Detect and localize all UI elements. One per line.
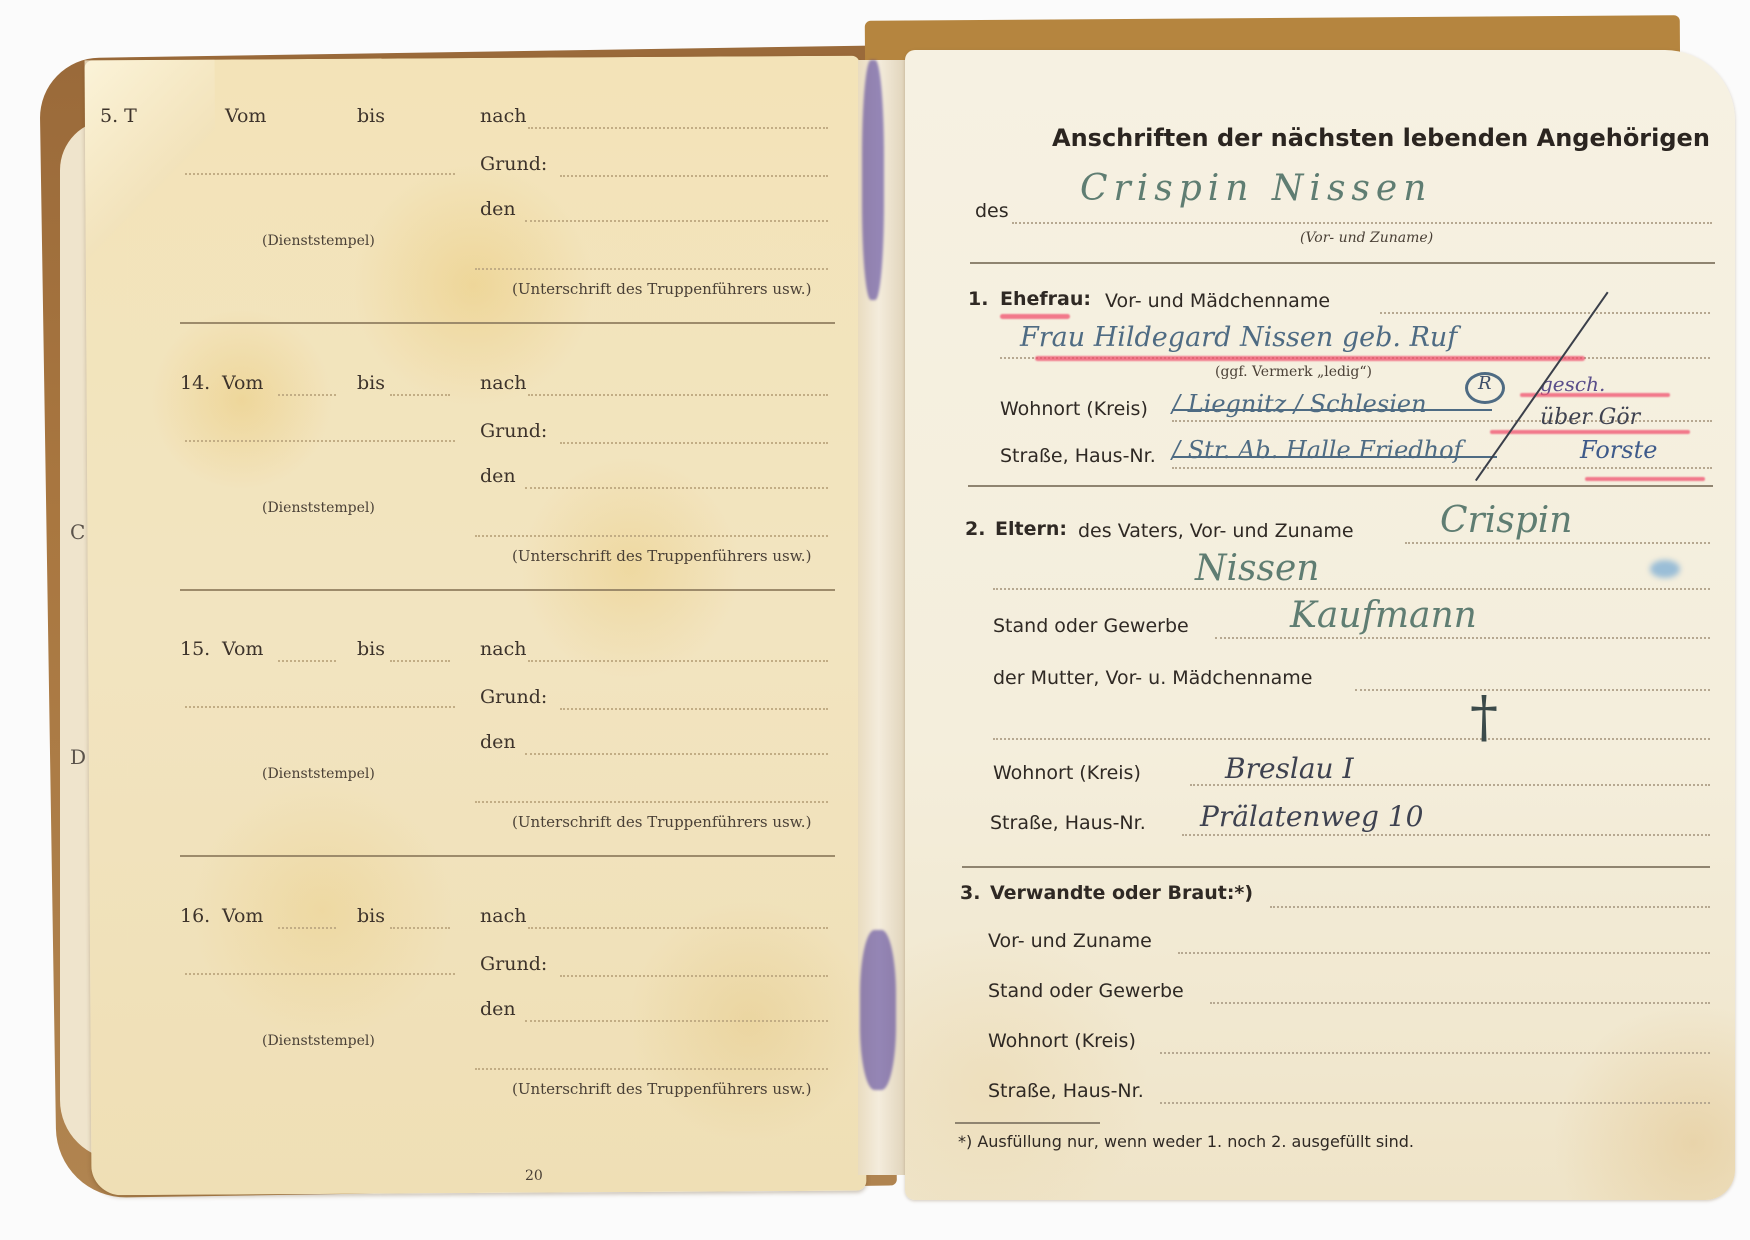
parents-strasse-value: Prälatenweg 10 xyxy=(1200,800,1423,833)
father-name-line xyxy=(1405,542,1710,544)
wife-wohnort-value: / Liegnitz / Schlesien xyxy=(1172,390,1427,418)
parents-wohnort-label: Wohnort (Kreis) xyxy=(993,762,1141,784)
footnote: *) Ausfüllung nur, wenn weder 1. noch 2.… xyxy=(958,1132,1414,1151)
relative-wohnort-label: Wohnort (Kreis) xyxy=(988,1030,1136,1052)
vom-label: Vom xyxy=(225,105,266,127)
red-strike-line xyxy=(1035,356,1585,361)
date-field-line xyxy=(525,487,828,489)
entry-number: 16. xyxy=(180,905,210,927)
service-stamp-caption: (Dienststempel) xyxy=(262,1033,375,1049)
grund-field-line xyxy=(560,442,828,444)
relative-name-label: Vor- und Zuname xyxy=(988,930,1152,952)
bis-field-line xyxy=(390,394,450,396)
grund-field-line xyxy=(560,708,828,710)
entry-number: 5. T xyxy=(100,105,137,127)
grund-label: Grund: xyxy=(480,953,547,975)
service-stamp-caption: (Dienststempel) xyxy=(262,233,375,249)
father-name-value-2: Nissen xyxy=(1195,548,1319,589)
vom-label: Vom xyxy=(222,905,263,927)
date-label: den xyxy=(480,465,516,487)
circled-mark: R xyxy=(1465,372,1505,404)
entry-divider xyxy=(180,855,835,857)
parents-strasse-line xyxy=(1182,834,1710,836)
vom-continuation-line xyxy=(185,173,455,175)
signature-caption: (Unterschrift des Truppenführers usw.) xyxy=(512,813,811,831)
nach-field-line xyxy=(528,394,828,396)
service-stamp-caption: (Dienststempel) xyxy=(262,500,375,516)
signature-caption: (Unterschrift des Truppenführers usw.) xyxy=(512,547,811,565)
entry-divider xyxy=(180,322,835,324)
nach-field-line xyxy=(528,127,828,129)
bis-label: bis xyxy=(357,905,385,927)
grund-field-line xyxy=(560,175,828,177)
wife-name-line xyxy=(1380,312,1710,314)
section2-number: 2. xyxy=(965,518,985,540)
red-strike-line xyxy=(1520,393,1670,397)
vom-field-line xyxy=(278,927,336,929)
des-value: Crispin Nissen xyxy=(1080,168,1432,209)
flyleaf-letter: D xyxy=(70,745,86,769)
father-stand-value: Kaufmann xyxy=(1290,595,1477,636)
entry-number: 14. xyxy=(180,372,210,394)
relative-strasse-label: Straße, Haus-Nr. xyxy=(988,1080,1144,1102)
red-strike-line xyxy=(1490,430,1690,434)
father-stand-label: Stand oder Gewerbe xyxy=(993,615,1189,637)
date-field-line xyxy=(525,753,828,755)
section1-number: 1. xyxy=(968,288,988,310)
grund-label: Grund: xyxy=(480,153,547,175)
mother-name-line xyxy=(1355,689,1710,691)
flyleaf-letter: C xyxy=(70,520,85,544)
page-fold xyxy=(85,60,216,261)
page-title: Anschriften der nächsten lebenden Angehö… xyxy=(1052,124,1710,152)
vom-field-line xyxy=(278,394,336,396)
wife-name-label: Vor- und Mädchenname xyxy=(1105,290,1330,312)
parents-wohnort-value: Breslau I xyxy=(1225,752,1354,785)
signature-line xyxy=(475,535,828,537)
wife-strasse-extra: Forste xyxy=(1580,436,1657,464)
section3-heading-line xyxy=(1270,906,1710,908)
strikethrough xyxy=(1172,409,1492,411)
relative-name-line xyxy=(1178,952,1710,954)
service-stamp-caption: (Dienststempel) xyxy=(262,766,375,782)
date-label: den xyxy=(480,998,516,1020)
relative-strasse-line xyxy=(1160,1102,1710,1104)
wife-wohnort-extra: über Gör xyxy=(1540,405,1640,430)
wife-name-value: Frau Hildegard Nissen geb. Ruf xyxy=(1020,322,1457,353)
signature-caption: (Unterschrift des Truppenführers usw.) xyxy=(512,280,811,298)
signature-line xyxy=(475,268,828,270)
left-page xyxy=(85,56,867,1196)
footnote-rule xyxy=(955,1122,1100,1124)
father-name-value-1: Crispin xyxy=(1440,500,1573,541)
section3-number: 3. xyxy=(960,882,980,904)
section-divider xyxy=(962,866,1710,868)
entry-number: 15. xyxy=(180,638,210,660)
ink-stamp-fragment xyxy=(860,930,896,1090)
wife-name-caption: (ggf. Vermerk „ledig“) xyxy=(1215,364,1372,380)
vom-label: Vom xyxy=(222,372,263,394)
des-caption: (Vor- und Zuname) xyxy=(1300,230,1433,246)
vom-field-line xyxy=(278,660,336,662)
vom-continuation-line xyxy=(185,706,455,708)
relative-stand-label: Stand oder Gewerbe xyxy=(988,980,1184,1002)
grund-label: Grund: xyxy=(480,420,547,442)
father-stand-line xyxy=(1215,637,1710,639)
grund-field-line xyxy=(560,975,828,977)
vom-continuation-line xyxy=(185,973,455,975)
nach-label: nach xyxy=(480,905,526,927)
wife-wohnort-label: Wohnort (Kreis) xyxy=(1000,398,1148,420)
des-label: des xyxy=(975,200,1009,222)
signature-caption: (Unterschrift des Truppenführers usw.) xyxy=(512,1080,811,1098)
mother-deceased-cross: † xyxy=(1470,685,1498,750)
vom-label: Vom xyxy=(222,638,263,660)
father-name-label: des Vaters, Vor- und Zuname xyxy=(1078,520,1354,542)
des-field-line xyxy=(1012,222,1712,224)
strikethrough xyxy=(1172,456,1497,458)
signature-line xyxy=(475,801,828,803)
nach-label: nach xyxy=(480,105,526,127)
red-underline xyxy=(1585,477,1705,481)
wife-strasse-value: / Str. Ab. Halle Friedhof xyxy=(1172,436,1462,464)
bis-label: bis xyxy=(357,372,385,394)
bis-field-line xyxy=(390,660,450,662)
date-label: den xyxy=(480,731,516,753)
wife-strasse-line xyxy=(1172,467,1712,469)
section3-heading: Verwandte oder Braut:*) xyxy=(990,882,1253,904)
date-field-line xyxy=(525,1020,828,1022)
parents-strasse-label: Straße, Haus-Nr. xyxy=(990,812,1146,834)
section1-heading: Ehefrau: xyxy=(1000,288,1091,310)
entry-divider xyxy=(180,589,835,591)
date-label: den xyxy=(480,198,516,220)
nach-label: nach xyxy=(480,372,526,394)
section2-heading: Eltern: xyxy=(995,518,1067,540)
wife-strasse-label: Straße, Haus-Nr. xyxy=(1000,445,1156,467)
mother-name-label: der Mutter, Vor- u. Mädchenname xyxy=(993,667,1312,689)
date-field-line xyxy=(525,220,828,222)
red-underline xyxy=(1000,314,1070,319)
bis-label: bis xyxy=(357,105,385,127)
bis-field-line xyxy=(390,927,450,929)
ink-smudge xyxy=(1650,560,1680,578)
grund-label: Grund: xyxy=(480,686,547,708)
section-divider xyxy=(968,485,1713,487)
vom-continuation-line xyxy=(185,440,455,442)
bis-label: bis xyxy=(357,638,385,660)
nach-label: nach xyxy=(480,638,526,660)
father-name-line-2 xyxy=(993,588,1710,590)
mother-name-line-2 xyxy=(993,738,1710,740)
relative-wohnort-line xyxy=(1160,1052,1710,1054)
page-number: 20 xyxy=(525,1168,543,1184)
ink-stamp-fragment xyxy=(862,60,884,300)
signature-line xyxy=(475,1068,828,1070)
circled-mark-letter: R xyxy=(1478,373,1492,394)
relative-stand-line xyxy=(1210,1002,1710,1004)
section-divider xyxy=(970,262,1715,264)
nach-field-line xyxy=(528,927,828,929)
nach-field-line xyxy=(528,660,828,662)
